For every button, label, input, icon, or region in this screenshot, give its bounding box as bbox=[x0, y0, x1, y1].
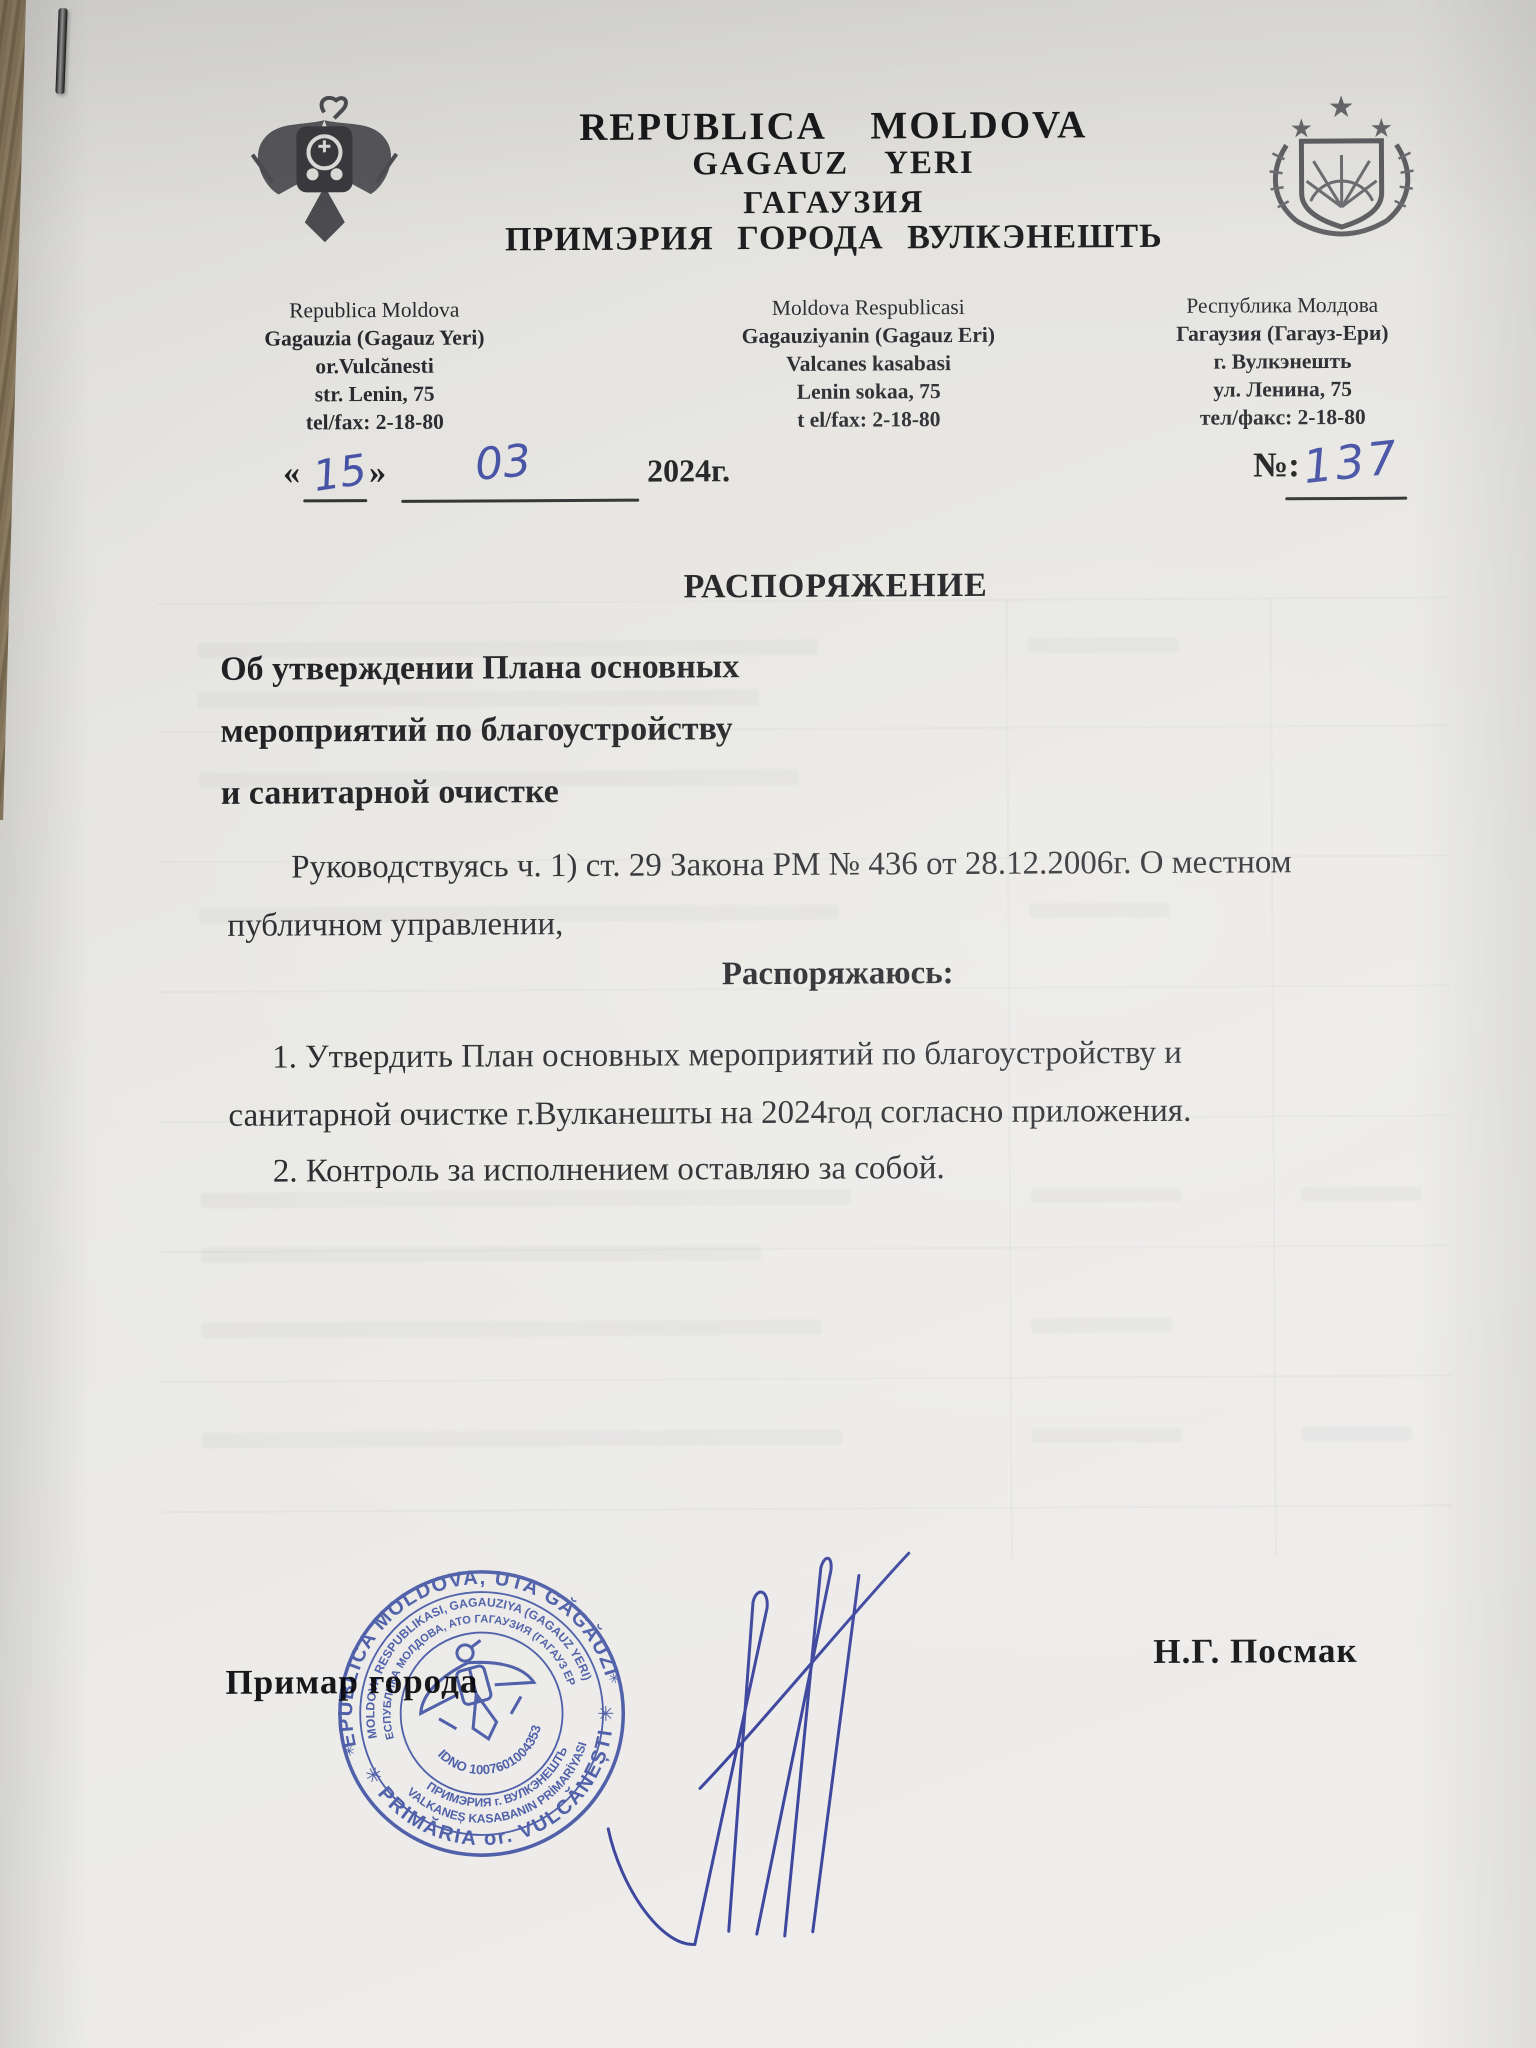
order-item: 1. Утвердить План основных мероприятий п… bbox=[228, 1023, 1349, 1145]
document-number-label: №: bbox=[1253, 445, 1300, 485]
contact-line: Республика Молдова bbox=[1082, 290, 1482, 320]
contact-line: Valcanes kasabasi bbox=[668, 348, 1068, 378]
signature-ink bbox=[559, 1515, 961, 1977]
contact-line: ул. Ленина, 75 bbox=[1083, 374, 1483, 404]
contact-line: тел/факс: 2-18-80 bbox=[1083, 402, 1483, 432]
handwritten-document-number: 137 bbox=[1300, 430, 1402, 494]
contact-line: tel/fax: 2-18-80 bbox=[175, 407, 575, 437]
contact-line: Gagauzia (Gagauz Yeri) bbox=[174, 323, 574, 353]
subject-line: и санитарной очистке bbox=[221, 770, 1121, 813]
contact-line: str. Lenin, 75 bbox=[175, 379, 575, 409]
document-content: REPUBLICA MOLDOVA GAGAUZ YERI ГАГАУЗИЯ П… bbox=[0, 0, 1536, 2048]
bleed-through-text bbox=[202, 1430, 842, 1448]
subject-line: мероприятий по благоустройству bbox=[220, 708, 1120, 751]
resolve-heading: Распоряжаюсь: bbox=[228, 952, 1448, 995]
date-quote-close: » bbox=[369, 454, 386, 492]
handwritten-month: 03 bbox=[473, 435, 533, 491]
month-underline bbox=[401, 499, 639, 503]
bleed-through-text bbox=[1302, 1427, 1412, 1442]
number-underline bbox=[1285, 497, 1407, 501]
bleed-through-text bbox=[202, 1320, 822, 1338]
svg-text:★: ★ bbox=[1328, 90, 1355, 125]
date-quote-open: « bbox=[283, 454, 300, 492]
contact-line: t el/fax: 2-18-80 bbox=[669, 404, 1069, 434]
day-underline bbox=[303, 499, 367, 502]
moldova-coat-of-arms-icon bbox=[238, 90, 411, 249]
contact-line: Lenin sokaa, 75 bbox=[669, 376, 1069, 406]
stamp-ring-cyrillic-top-text: РЕСПУБЛИКА МОЛДОВА, АТО ГАГАУЗИЯ (ГАГАУЗ… bbox=[270, 1513, 578, 1762]
bleed-through-text bbox=[1032, 1428, 1182, 1443]
bleed-through-line bbox=[163, 1504, 1453, 1513]
contact-line: Гагаузия (Гагауз-Ери) bbox=[1082, 318, 1482, 348]
signer-name: Н.Г. Посмак bbox=[1153, 1631, 1358, 1672]
handwritten-day: 15 bbox=[310, 445, 370, 501]
legal-basis-paragraph: Руководствуясь ч. 1) ст. 29 Закона РМ № … bbox=[227, 833, 1408, 955]
svg-text:РЕСПУБЛИКА МОЛДОВА, АТО ГАГАУЗ: РЕСПУБЛИКА МОЛДОВА, АТО ГАГАУЗИЯ (ГАГАУЗ… bbox=[270, 1513, 578, 1762]
date-year: 2024г. bbox=[647, 452, 730, 489]
contact-column-romanian: Republica Moldova Gagauzia (Gagauz Yeri)… bbox=[174, 295, 575, 437]
bleed-through-text bbox=[1032, 1318, 1172, 1333]
contact-line: or.Vulcănesti bbox=[174, 351, 574, 381]
bleed-through-line bbox=[161, 1244, 1451, 1253]
bleed-through-text bbox=[201, 1245, 761, 1263]
contact-line: Republica Moldova bbox=[174, 295, 574, 325]
photographed-document: { "doc": { "header": { "line1": "REPUBLI… bbox=[0, 0, 1536, 2048]
contact-line: Gagauziyanin (Gagauz Eri) bbox=[668, 320, 1068, 350]
contact-column-gagauz: Moldova Respublicasi Gagauziyanin (Gagau… bbox=[668, 292, 1069, 434]
stamp-eagle-emblem bbox=[406, 1630, 545, 1755]
contact-column-russian: Республика Молдова Гагаузия (Гагауз-Ери)… bbox=[1082, 290, 1483, 432]
paper-sheet: REPUBLICA MOLDOVA GAGAUZ YERI ГАГАУЗИЯ П… bbox=[0, 0, 1536, 2048]
contact-line: г. Вулкэнешть bbox=[1082, 346, 1482, 376]
subject-line: Об утверждении Плана основных bbox=[220, 646, 1120, 689]
document-title: РАСПОРЯЖЕНИЕ bbox=[226, 564, 1446, 608]
order-item: 2. Контроль за исполнением оставляю за с… bbox=[229, 1137, 1349, 1201]
bleed-through-text bbox=[198, 690, 758, 708]
bleed-through-line bbox=[162, 1374, 1452, 1383]
gagauzia-coat-of-arms-icon: ★ ★ ★ bbox=[1238, 88, 1445, 241]
contact-line: Moldova Respublicasi bbox=[668, 292, 1068, 322]
